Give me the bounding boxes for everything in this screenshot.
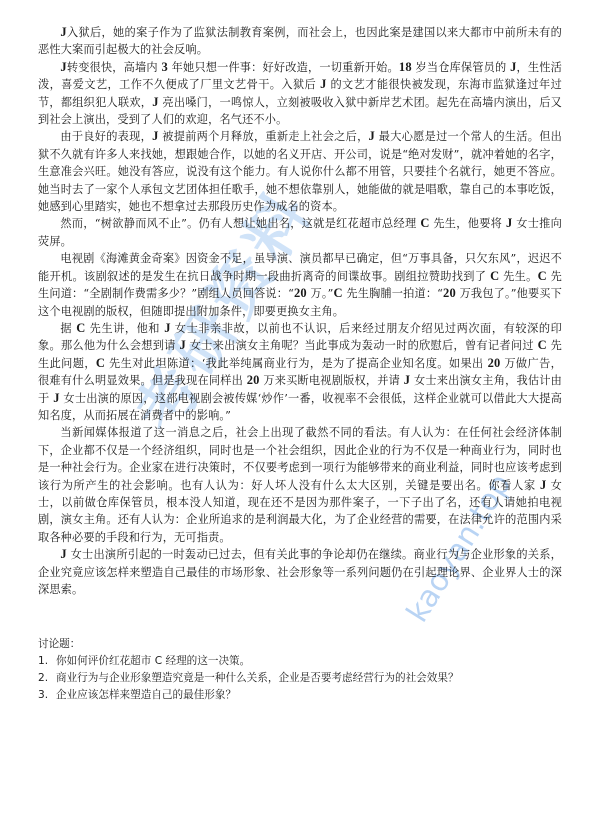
text-run: 据 [60, 322, 76, 335]
text-run: 然而，“树欲静而风不止”。仍有人想让她出名，这就是红花超市总经理 [60, 217, 420, 230]
text-run: 女士出演的原因，这部电视剧会被传媒‘炒作’一番，收视率不会很低，这样企业就可以借… [38, 392, 562, 422]
body-paragraph: 当新闻媒体报道了这一消息之后，社会上出现了截然不同的看法。有人认为：在任何社会经… [38, 424, 562, 546]
body-paragraph: J转变很快，高墙内 3 年她只想一件事：好好改造，一切重新开始。18 岁当仓库保… [38, 59, 562, 129]
body-paragraph: 据 C 先生讲，他和 J 女士非亲非故，以前也不认识，后来经过朋友介绍见过两次面… [38, 320, 562, 424]
emphasis-run: C [333, 286, 342, 300]
question-number: 2. [38, 670, 56, 687]
body-paragraph: 由于良好的表现，J 被提前两个月释放，重新走上社会之后，J 最大心愿是过一个常人… [38, 128, 562, 215]
text-run: 先生胸脯一拍道：“ [343, 287, 443, 300]
text-run: 女士来出演女主角呢？当此事成为轰动一时的欣慰后，曾有记者问过 [186, 339, 538, 352]
question-text: 企业应该怎样来塑造自己的最佳形象？ [56, 687, 236, 704]
discussion-question: 2. 商业行为与企业形象塑造究竟是一种什么关系，企业是否要考虑经营行为的社会效果… [38, 670, 562, 687]
question-number: 1. [38, 653, 56, 670]
emphasis-run: 20 [488, 356, 501, 370]
text-run: 年她只想一件事：好好改造，一切重新开始。 [168, 61, 399, 74]
text-run: 当新闻媒体报道了这一消息之后，社会上出现了截然不同的看法。有人认为：在任何社会经… [38, 426, 562, 491]
body-paragraph: 电视剧《海滩黄金奇案》因资金不足，虽导演、演员都早已确定，但“万事具备，只欠东风… [38, 250, 562, 320]
discussion-section: 讨论题： 1. 你如何评价红花超市 C 经理的这一决策。 2. 商业行为与企业形… [38, 636, 562, 704]
body-paragraph: J入狱后，她的案子作为了监狱法制教育案例，而社会上，也因此案是建国以来大都市中前… [38, 24, 562, 59]
body-paragraph: J 女士出演所引起的一时轰动已过去，但有关此事的争论却仍在继续。商业行为与企业形… [38, 546, 562, 598]
text-run: 女士出演所引起的一时轰动已过去，但有关此事的争论却仍在继续。商业行为与企业形象的… [38, 548, 562, 596]
text-run: 万来买断电视剧版权，并请 [260, 374, 404, 387]
emphasis-run: C [538, 269, 547, 283]
document-page: J入狱后，她的案子作为了监狱法制教育案例，而社会上，也因此案是建国以来大都市中前… [38, 24, 562, 704]
discussion-title: 讨论题： [38, 636, 562, 653]
question-number: 3. [38, 687, 56, 704]
text-run: 岁当仓库保管员的 [412, 61, 510, 74]
text-run: 先生。 [499, 270, 537, 283]
emphasis-run: C [538, 338, 547, 352]
text-run: 被提前两个月释放，重新走上社会之后， [158, 130, 368, 143]
discussion-question: 3. 企业应该怎样来塑造自己的最佳形象？ [38, 687, 562, 704]
emphasis-run: C [420, 216, 429, 230]
text-run: 电视剧《海滩黄金奇案》因资金不足，虽导演、演员都早已确定，但“万事具备，只欠东风… [38, 252, 562, 282]
question-text: 你如何评价红花超市 C 经理的这一决策。 [56, 653, 250, 670]
emphasis-run: C [96, 356, 105, 370]
text-run: 先生，他要将 [430, 217, 507, 230]
discussion-question: 1. 你如何评价红花超市 C 经理的这一决策。 [38, 653, 562, 670]
emphasis-run: C [490, 269, 499, 283]
emphasis-run: 20 [294, 286, 307, 300]
body-paragraph: 然而，“树欲静而风不止”。仍有人想让她出名，这就是红花超市总经理 C 先生，他要… [38, 215, 562, 250]
text-run: 由于良好的表现， [60, 130, 152, 143]
text-run: 先生讲，他和 [85, 322, 164, 335]
emphasis-run: 20 [247, 373, 260, 387]
text-run: 先生对此坦陈道：‘我此举纯属商业行为，是为了提高企业知名度。如果出 [105, 357, 487, 370]
emphasis-run: 20 [443, 286, 456, 300]
text-run: 入狱后，她的案子作为了监狱法制教育案例，而社会上，也因此案是建国以来大都市中前所… [38, 26, 562, 56]
text-run: 转变很快，高墙内 [67, 61, 162, 74]
text-run: 万。” [307, 287, 334, 300]
case-study-body: J入狱后，她的案子作为了监狱法制教育案例，而社会上，也因此案是建国以来大都市中前… [38, 24, 562, 598]
emphasis-run: 18 [399, 60, 412, 74]
question-text: 商业行为与企业形象塑造究竟是一种什么关系，企业是否要考虑经营行为的社会效果？ [56, 670, 459, 687]
